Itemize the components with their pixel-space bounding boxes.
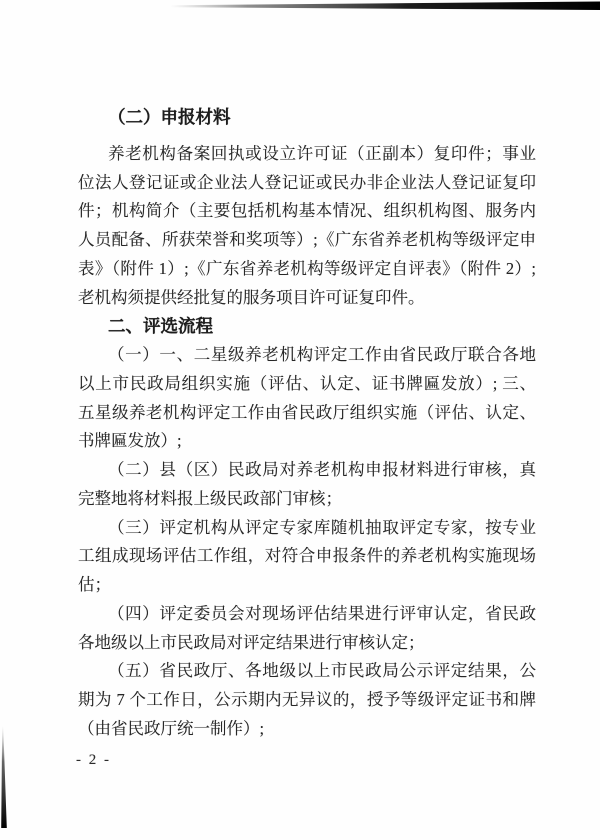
text-line: 期为 7 个工作日，公示期内无异议的，授予等级评定证书和牌匾 xyxy=(78,686,536,715)
text-line: 工组成现场评估工作组，对符合申报条件的养老机构实施现场评 xyxy=(78,542,536,571)
text-line: 件；机构简介（主要包括机构基本情况、组织机构图、服务内容、 xyxy=(78,197,536,226)
page-number: - 2 - xyxy=(76,752,111,769)
section-heading: 二、评选流程 xyxy=(78,312,536,341)
text-line: 表》（附件 1）;《广东省养老机构等级评定自评表》（附件 2）; 养 xyxy=(78,255,536,284)
text-line: （五）省民政厅、各地级以上市民政局公示评定结果，公示 xyxy=(78,657,536,686)
text-line: （四）评定委员会对现场评估结果进行评审认定，省民政厅、 xyxy=(78,600,536,629)
text-line: 人员配备、所获荣誉和奖项等）;《广东省养老机构等级评定申请 xyxy=(78,226,536,255)
text-line: 估； xyxy=(78,571,536,600)
text-line: （由省民政厅统一制作）; xyxy=(78,715,536,744)
text-line: 以上市民政局组织实施（评估、认定、证书牌匾发放）; 三、四、 xyxy=(78,370,536,399)
document-body: （二）申报材料养老机构备案回执或设立许可证（正副本）复印件；事业单位法人登记证或… xyxy=(78,103,536,744)
text-line: （二）县（区）民政局对养老机构申报材料进行审核，真实 xyxy=(78,456,536,485)
scan-artifact-left-edge xyxy=(0,716,12,836)
text-line: 各地级以上市民政局对评定结果进行审核认定； xyxy=(78,629,536,658)
section-heading: （二）申报材料 xyxy=(78,103,536,132)
text-line: （一）一、二星级养老机构评定工作由省民政厅联合各地级 xyxy=(78,341,536,370)
text-line: 养老机构备案回执或设立许可证（正副本）复印件；事业单 xyxy=(78,140,536,169)
scan-artifact-top-edge xyxy=(0,0,600,12)
text-line: （三）评定机构从评定专家库随机抽取评定专家，按专业分 xyxy=(78,514,536,543)
document-page: （二）申报材料养老机构备案回执或设立许可证（正副本）复印件；事业单位法人登记证或… xyxy=(0,0,600,840)
text-line: 位法人登记证或企业法人登记证或民办非企业法人登记证复印 xyxy=(78,169,536,198)
text-line: 老机构须提供经批复的服务项目许可证复印件。 xyxy=(78,284,536,313)
text-line: 五星级养老机构评定工作由省民政厅组织实施（评估、认定、证 xyxy=(78,399,536,428)
text-line: 完整地将材料报上级民政部门审核； xyxy=(78,485,536,514)
text-line: 书牌匾发放）; xyxy=(78,427,536,456)
